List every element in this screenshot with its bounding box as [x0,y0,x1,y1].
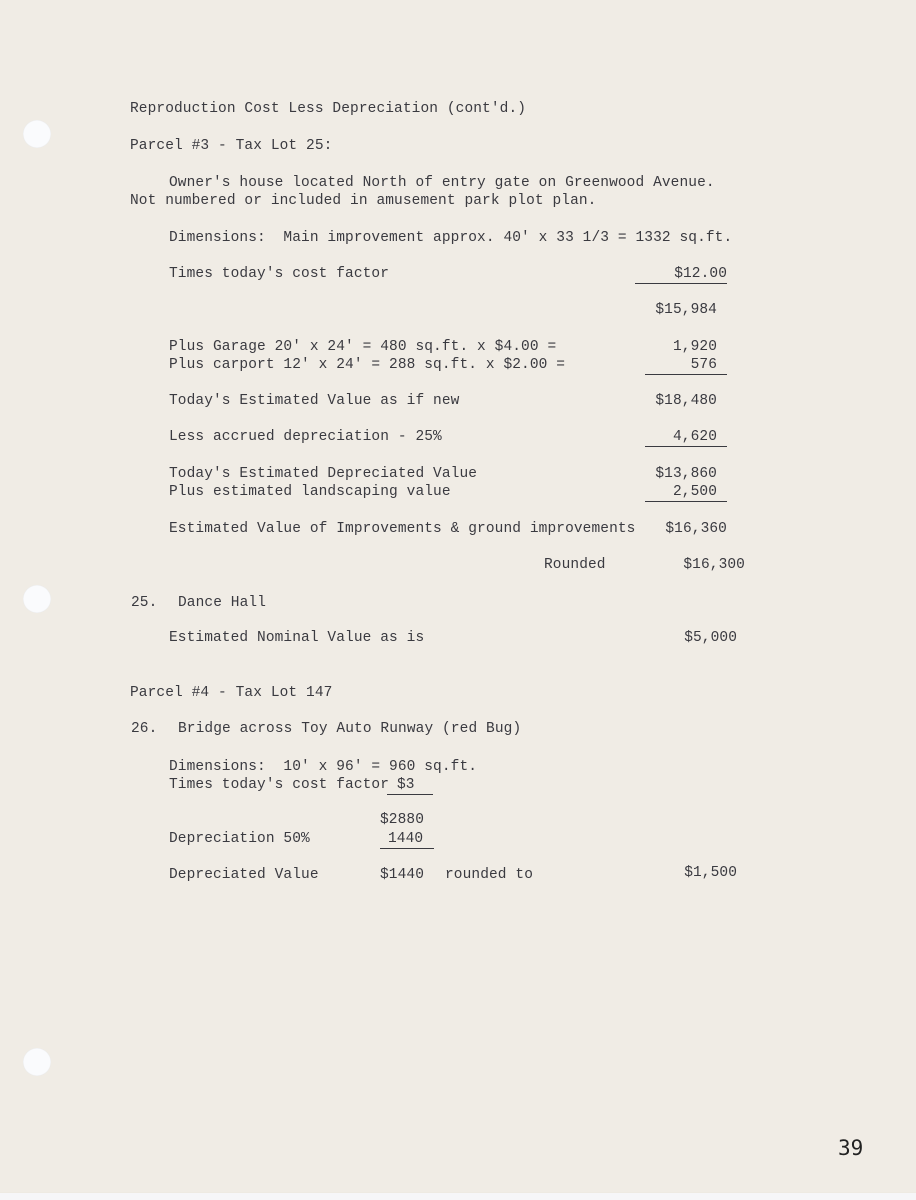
parcel4-depreciated-value: $1440 [380,867,424,884]
parcel4-depreciation-value: 1440 [380,831,434,849]
parcel4-cost-factor-label: Times today's cost factor [169,777,389,794]
depreciation-value: 4,620 [645,429,727,447]
parcel4-title: Parcel #4 - Tax Lot 147 [130,685,332,702]
page-number: 39 [838,1136,863,1160]
page-heading: Reproduction Cost Less Depreciation (con… [130,101,526,118]
total-improvements-value: $16,360 [655,521,727,538]
depreciation-label: Less accrued depreciation - 25% [169,429,442,446]
item25-value: $5,000 [655,630,737,647]
item26-title: Bridge across Toy Auto Runway (red Bug) [178,721,521,738]
parcel4-rounded-label: rounded to [445,867,533,884]
parcel4-depreciation-label: Depreciation 50% [169,831,310,848]
parcel3-title: Parcel #3 - Tax Lot 25: [130,138,332,155]
depreciated-value-label: Today's Estimated Depreciated Value [169,466,477,483]
binder-hole-bottom [23,1048,51,1076]
parcel3-description-line1: Owner's house located North of entry gat… [169,175,715,192]
total-improvements-label: Estimated Value of Improvements & ground… [169,521,635,538]
parcel4-dimensions: Dimensions: 10' x 96' = 960 sq.ft. [169,759,477,776]
binder-hole-top [23,120,51,148]
landscaping-label: Plus estimated landscaping value [169,484,451,501]
parcel4-subtotal: $2880 [380,812,424,829]
item26-number: 26. [131,721,157,738]
parcel4-depreciated-label: Depreciated Value [169,867,319,884]
garage-value: 1,920 [635,339,717,356]
item25-number: 25. [131,595,157,612]
item25-value-label: Estimated Nominal Value as is [169,630,424,647]
landscaping-value: 2,500 [645,484,727,502]
page-bottom-edge [0,1193,916,1200]
parcel4-cost-factor-value: $3 [387,777,433,795]
item25-title: Dance Hall [178,595,266,612]
cost-factor-label: Times today's cost factor [169,266,389,283]
main-improvement-value: $15,984 [635,302,717,319]
value-if-new-value: $18,480 [635,393,717,410]
carport-value: 576 [645,357,727,375]
parcel3-dimensions: Dimensions: Main improvement approx. 40'… [169,230,732,247]
parcel4-rounded-value: $1,500 [655,865,737,882]
depreciated-value: $13,860 [635,466,717,483]
value-if-new-label: Today's Estimated Value as if new [169,393,459,410]
garage-label: Plus Garage 20' x 24' = 480 sq.ft. x $4.… [169,339,556,356]
parcel3-description-line2: Not numbered or included in amusement pa… [130,193,596,210]
binder-hole-middle [23,585,51,613]
cost-factor-value: $12.00 [635,266,727,284]
carport-label: Plus carport 12' x 24' = 288 sq.ft. x $2… [169,357,565,374]
rounded-label: Rounded [544,557,606,574]
document-page: Reproduction Cost Less Depreciation (con… [0,0,916,1192]
rounded-value: $16,300 [665,557,745,574]
